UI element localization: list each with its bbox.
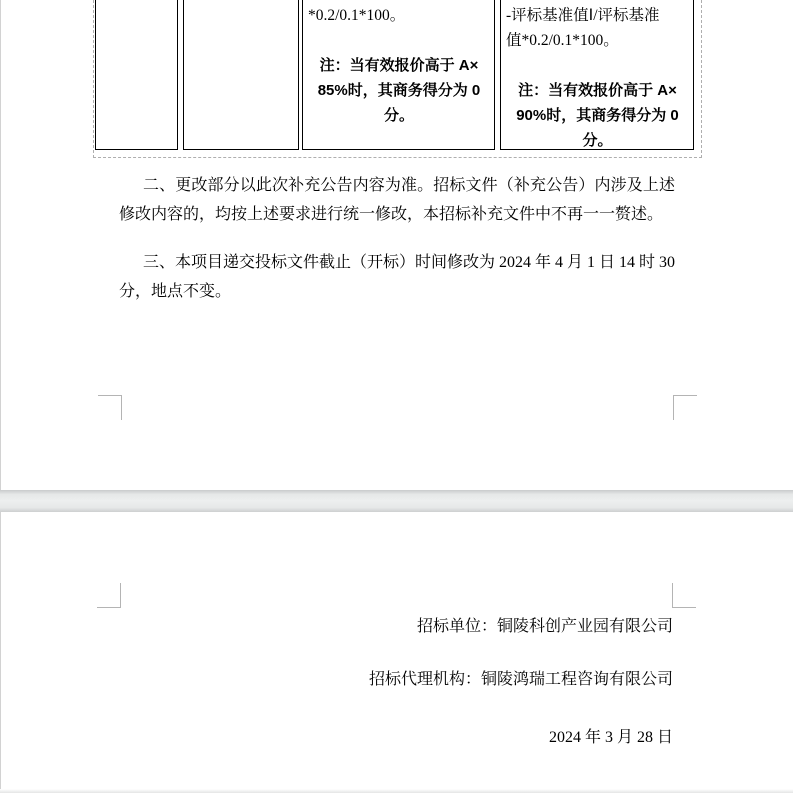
note-line: 分。 [506,128,689,150]
doc-page-1[interactable]: *0.2/0.1*100。 注：当有效报价高于 A× 85%时，其商务得分为 0… [0,0,793,490]
note-line: 分。 [308,103,490,128]
note-line: 90%时，其商务得分为 0 [506,103,689,128]
table-cell-empty-2[interactable] [183,0,299,150]
margin-corner-mark-top-left [97,583,121,608]
formula-text: 值*0.2/0.1*100。 [506,28,689,53]
evaluation-criteria-table: *0.2/0.1*100。 注：当有效报价高于 A× 85%时，其商务得分为 0… [93,0,702,158]
paragraph-deadline-change[interactable]: 三、本项目递交投标文件截止（开标）时间修改为 2024 年 4 月 1 日 14… [119,248,675,306]
table-cell-score-rule-90[interactable]: -评标基准值Ⅰ/评标基准 值*0.2/0.1*100。 注：当有效报价高于 A×… [500,0,694,150]
doc-page-2[interactable] [0,512,793,793]
signature-date[interactable]: 2024 年 3 月 28 日 [118,727,673,749]
table-cell-empty-1[interactable] [95,0,178,150]
margin-corner-mark-bottom-right [673,395,697,420]
blank-line [308,28,490,53]
note-line: 注：当有效报价高于 A× [308,53,490,78]
note-line: 85%时，其商务得分为 0 [308,78,490,103]
note-line: 注：当有效报价高于 A× [506,78,689,103]
formula-text: *0.2/0.1*100。 [308,3,490,28]
page-bottom-edge [0,789,793,793]
formula-text: -评标基准值Ⅰ/评标基准 [506,3,689,28]
blank-line [506,53,689,78]
page-break-gap [0,490,793,512]
table-cell-score-rule-85[interactable]: *0.2/0.1*100。 注：当有效报价高于 A× 85%时，其商务得分为 0… [302,0,495,150]
paragraph-amendment-notice[interactable]: 二、更改部分以此次补充公告内容为准。招标文件（补充公告）内涉及上述修改内容的，均… [119,171,675,229]
margin-corner-mark-bottom-left [98,395,122,420]
margin-corner-mark-top-right [672,583,696,608]
document-view: *0.2/0.1*100。 注：当有效报价高于 A× 85%时，其商务得分为 0… [0,0,793,793]
signature-agency[interactable]: 招标代理机构：铜陵鸿瑞工程咨询有限公司 [118,669,673,691]
signature-tenderer[interactable]: 招标单位：铜陵科创产业园有限公司 [118,616,673,638]
